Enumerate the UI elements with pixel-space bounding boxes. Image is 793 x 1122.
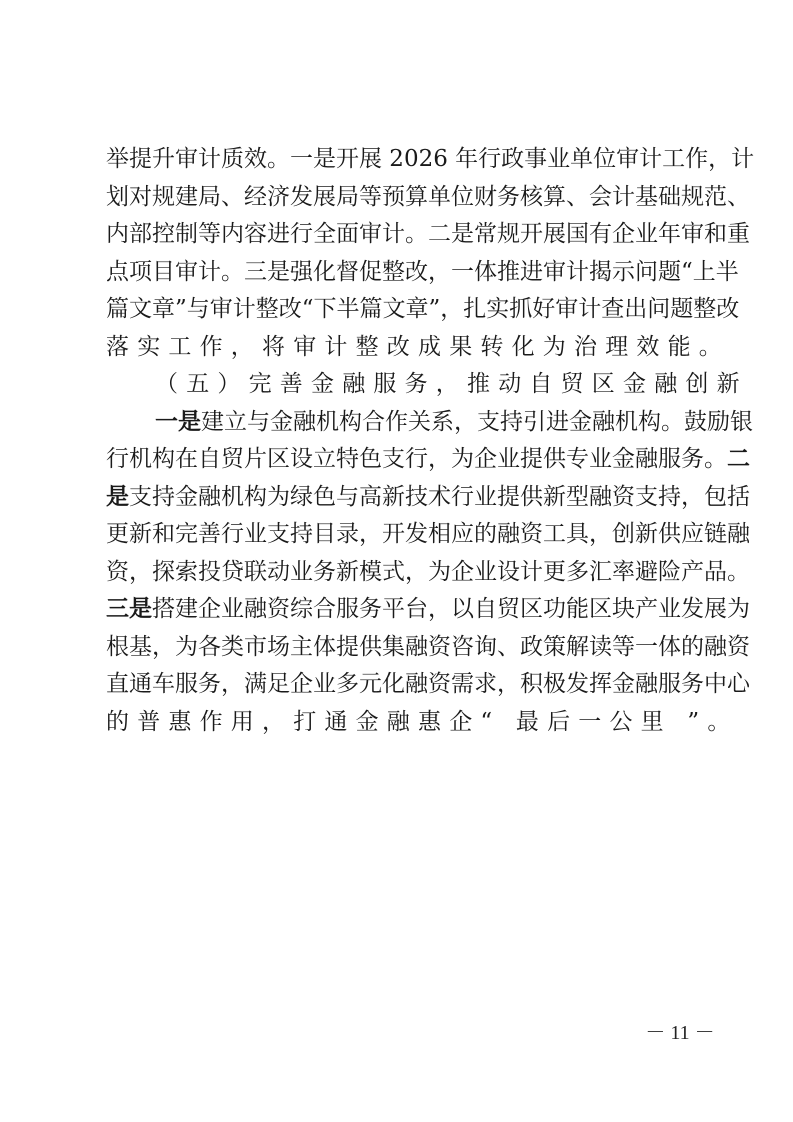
text-line: 是支持金融机构为绿色与高新技术行业提供新型融资支持，包括 — [106, 479, 698, 517]
body-text: 举提升审计质效。一是开展 2026 年行政事业单位审计工作，计 划对规建局、经济… — [106, 141, 698, 741]
item-marker-one: 一是 — [155, 409, 201, 435]
text-line: 划对规建局、经济发展局等预算单位财务核算、会计基础规范、 — [106, 179, 698, 217]
item-marker-two-start: 二 — [727, 446, 750, 472]
text-line: 点项目审计。三是强化督促整改，一体推进审计揭示问题“上半 — [106, 254, 698, 292]
section-heading: （五）完善金融服务，推动自贸区金融创新 — [106, 366, 698, 404]
text-span: 搭建企业融资综合服务平台，以自贸区功能区块产业发展为 — [152, 596, 750, 622]
item-marker-two-end: 是 — [106, 484, 129, 510]
text-span: 建立与金融机构合作关系，支持引进金融机构。鼓励银 — [201, 409, 753, 435]
text-line: 更新和完善行业支持目录，开发相应的融资工具，创新供应链融 — [106, 516, 698, 554]
page-number: － 11 － — [640, 1016, 720, 1045]
text-line: 举提升审计质效。一是开展 2026 年行政事业单位审计工作，计 — [106, 141, 698, 179]
text-line: 根基，为各类市场主体提供集融资咨询、政策解读等一体的融资 — [106, 629, 698, 667]
text-line: 直通车服务，满足企业多元化融资需求，积极发挥金融服务中心 — [106, 666, 698, 704]
text-line: 的普惠作用，打通金融惠企“ 最后一公里 ”。 — [106, 704, 698, 742]
text-line: 行机构在自贸片区设立特色支行，为企业提供专业金融服务。二 — [106, 441, 698, 479]
text-line: 篇文章”与审计整改“下半篇文章”，扎实抓好审计查出问题整改 — [106, 291, 698, 329]
text-line: 落实工作，将审计整改成果转化为治理效能。 — [106, 329, 698, 367]
text-span: 行机构在自贸片区设立特色支行，为企业提供专业金融服务。 — [106, 446, 727, 472]
text-span: 支持金融机构为绿色与高新技术行业提供新型融资支持，包括 — [129, 484, 750, 510]
item-marker-three: 三是 — [106, 596, 152, 622]
text-line: 资，探索投贷联动业务新模式，为企业设计更多汇率避险产品。 — [106, 554, 698, 592]
document-page: 举提升审计质效。一是开展 2026 年行政事业单位审计工作，计 划对规建局、经济… — [0, 0, 793, 1122]
text-line: 内部控制等内容进行全面审计。二是常规开展国有企业年审和重 — [106, 216, 698, 254]
text-line: 一是建立与金融机构合作关系，支持引进金融机构。鼓励银 — [106, 404, 698, 442]
text-line: 三是搭建企业融资综合服务平台，以自贸区功能区块产业发展为 — [106, 591, 698, 629]
